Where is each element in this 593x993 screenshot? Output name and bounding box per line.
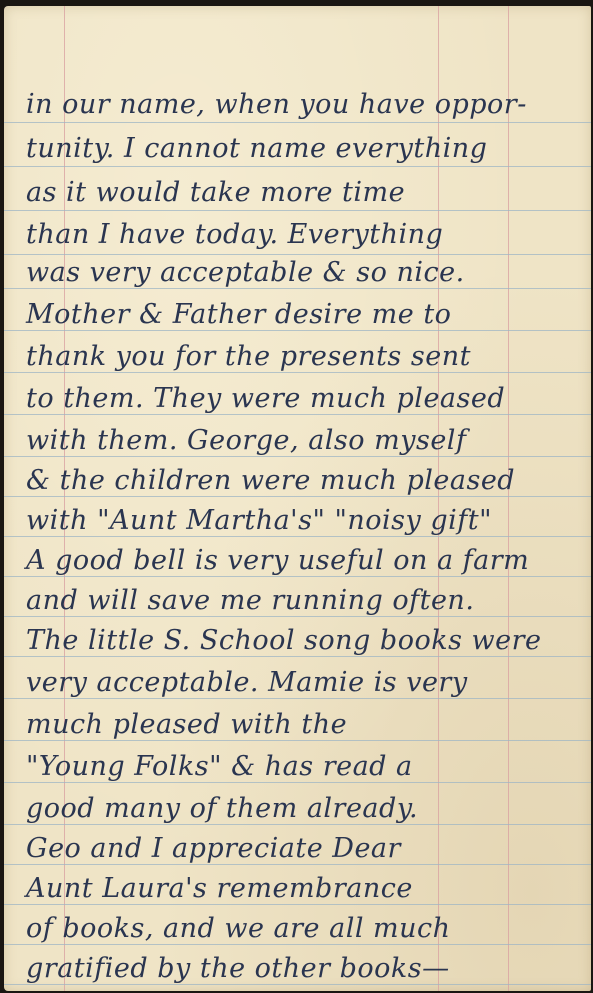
letter-line: tunity. I cannot name everything bbox=[26, 134, 487, 164]
rule-line bbox=[4, 576, 591, 577]
right-margin-line-2 bbox=[508, 6, 509, 991]
rule-line bbox=[4, 944, 591, 945]
letter-line: good many of them already. bbox=[26, 794, 418, 824]
rule-line bbox=[4, 740, 591, 741]
rule-line bbox=[4, 414, 591, 415]
rule-line bbox=[4, 656, 591, 657]
letter-line: gratified by the other books— bbox=[26, 954, 450, 984]
rule-line bbox=[4, 330, 591, 331]
letter-line: & the children were much pleased bbox=[26, 466, 515, 496]
rule-line bbox=[4, 288, 591, 289]
rule-line bbox=[4, 496, 591, 497]
letter-page: in our name, when you have oppor- tunity… bbox=[4, 6, 591, 991]
letter-line: of books, and we are all much bbox=[26, 914, 451, 944]
rule-line bbox=[4, 254, 591, 255]
rule-line bbox=[4, 782, 591, 783]
letter-line: with them. George, also myself bbox=[26, 426, 466, 456]
rule-line bbox=[4, 536, 591, 537]
letter-line: thank you for the presents sent bbox=[26, 342, 471, 372]
letter-line: A good bell is very useful on a farm bbox=[26, 546, 529, 576]
rule-line bbox=[4, 984, 591, 985]
rule-line bbox=[4, 372, 591, 373]
letter-line: to them. They were much pleased bbox=[26, 384, 505, 414]
letter-line: The little S. School song books were bbox=[26, 626, 542, 656]
letter-line: in our name, when you have oppor- bbox=[26, 90, 527, 120]
letter-line: much pleased with the bbox=[26, 710, 347, 740]
rule-line bbox=[4, 456, 591, 457]
rule-line bbox=[4, 824, 591, 825]
rule-line bbox=[4, 166, 591, 167]
letter-line: Aunt Laura's remembrance bbox=[26, 874, 413, 904]
rule-line bbox=[4, 616, 591, 617]
rule-line bbox=[4, 698, 591, 699]
letter-line: than I have today. Everything bbox=[26, 220, 443, 250]
rule-line bbox=[4, 864, 591, 865]
letter-line: was very acceptable & so nice. bbox=[26, 258, 465, 288]
rule-line bbox=[4, 122, 591, 123]
rule-line bbox=[4, 904, 591, 905]
letter-line: as it would take more time bbox=[26, 178, 405, 208]
letter-line: with "Aunt Martha's" "noisy gift" bbox=[26, 506, 492, 536]
letter-line: and will save me running often. bbox=[26, 586, 474, 616]
letter-line: very acceptable. Mamie is very bbox=[26, 668, 468, 698]
rule-line bbox=[4, 210, 591, 211]
letter-line: Mother & Father desire me to bbox=[26, 300, 451, 330]
letter-line: Geo and I appreciate Dear bbox=[26, 834, 401, 864]
letter-line: "Young Folks" & has read a bbox=[26, 752, 413, 782]
